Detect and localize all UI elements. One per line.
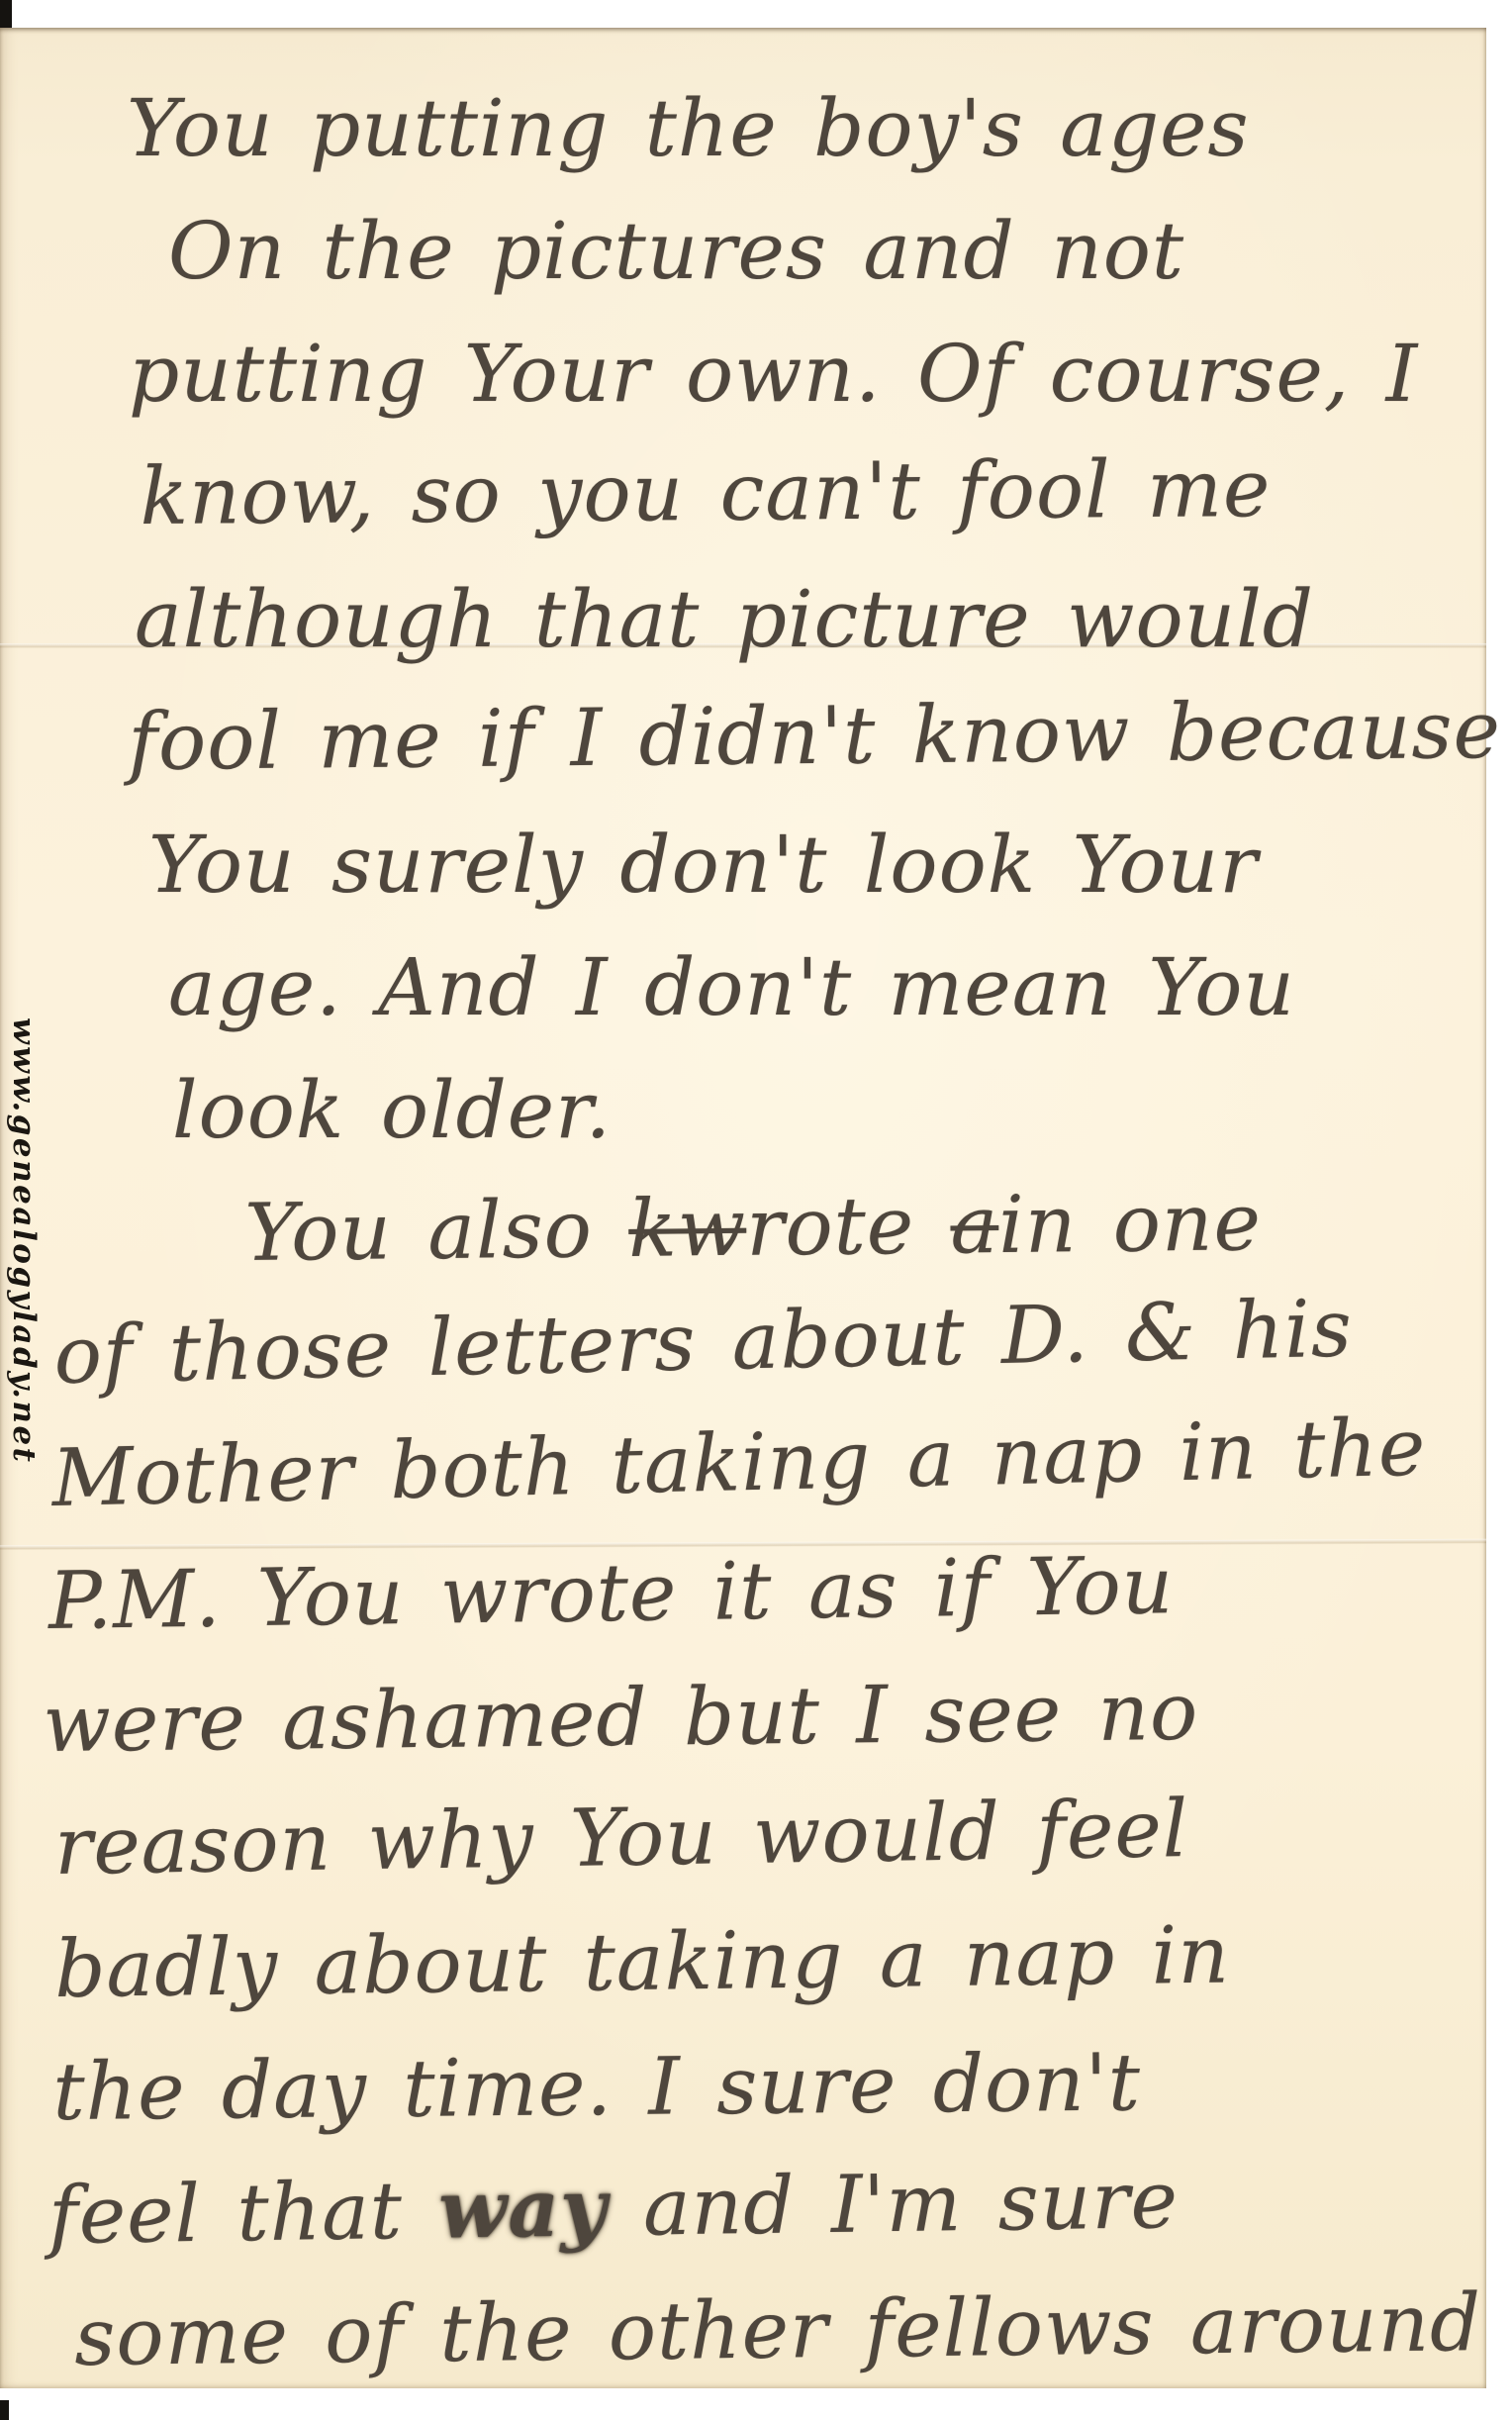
handwritten-text: You surely don't look Your	[148, 819, 1258, 911]
letter-line-9: look older.	[172, 1049, 1486, 1172]
letter-line-16: badly about taking a nap in	[53, 1890, 1485, 2031]
letter-body: You putting the boy's agesOn the picture…	[0, 67, 1486, 2399]
letter-scan: www.genealogylady.net You putting the bo…	[0, 0, 1512, 2420]
letter-line-14: were ashamed but I see no	[43, 1648, 1486, 1786]
letter-line-4: know, so you can't fool me	[140, 427, 1486, 558]
handwritten-text: look older.	[172, 1064, 612, 1156]
letter-line-7: You surely don't look Your	[148, 804, 1486, 926]
handwritten-text: You also	[244, 1183, 629, 1279]
handwritten-text: P.M. You wrote it as if You	[47, 1539, 1174, 1647]
handwritten-text: fool me if I didn't know because	[128, 684, 1501, 788]
handwritten-text: age. And I don't mean You	[168, 941, 1295, 1033]
handwritten-text: know, so you can't fool me	[140, 442, 1271, 542]
handwritten-text: were ashamed but I see no	[43, 1666, 1199, 1770]
letter-line-1: You putting the boy's ages	[127, 67, 1486, 190]
letter-paper: www.genealogylady.net You putting the bo…	[0, 28, 1486, 2388]
scanner-artifact-bottom-left	[0, 2400, 9, 2420]
handwritten-text: You putting the boy's ages	[127, 82, 1250, 174]
handwritten-text: and I'm sure	[607, 2154, 1180, 2254]
letter-line-3: putting Your own. Of course, I	[129, 313, 1486, 436]
letter-line-13: P.M. You wrote it as if You	[47, 1520, 1486, 1663]
handwritten-text: putting Your own. Of course, I	[129, 328, 1418, 420]
scanner-artifact-top-left	[0, 0, 12, 28]
handwritten-text: feel that	[47, 2165, 439, 2262]
handwritten-text: the day time. I sure don't	[52, 2036, 1141, 2138]
letter-line-17: the day time. I sure don't	[52, 2018, 1486, 2154]
handwritten-text: badly about taking a nap in	[54, 1908, 1231, 2015]
handwritten-text: some of the other fellows around	[74, 2276, 1482, 2383]
handwritten-text: rote	[746, 1180, 951, 1274]
handwritten-text: reason why You would feel	[53, 1783, 1189, 1892]
handwritten-text: in one	[998, 1176, 1263, 1271]
letter-line-5: although that picture would	[135, 558, 1486, 681]
struck-out-text: kw	[628, 1182, 747, 1275]
letter-line-2: On the pictures and not	[168, 190, 1486, 313]
struck-out-text: a	[950, 1179, 999, 1272]
handwritten-text: of those letters about D. & his	[53, 1283, 1354, 1402]
letter-line-8: age. And I don't mean You	[168, 926, 1486, 1049]
handwritten-text: On the pictures and not	[168, 205, 1184, 297]
letter-line-15: reason why You would feel	[53, 1763, 1486, 1908]
letter-line-6: fool me if I didn't know because	[128, 669, 1486, 804]
letter-line-19: some of the other fellows around	[74, 2262, 1486, 2399]
ink-blotted-word: way	[438, 2161, 608, 2256]
letter-line-18: feel that way and I'm sure	[47, 2134, 1486, 2276]
handwritten-text: although that picture would	[135, 573, 1314, 665]
handwritten-text: Mother both taking a nap in the	[51, 1402, 1428, 1524]
